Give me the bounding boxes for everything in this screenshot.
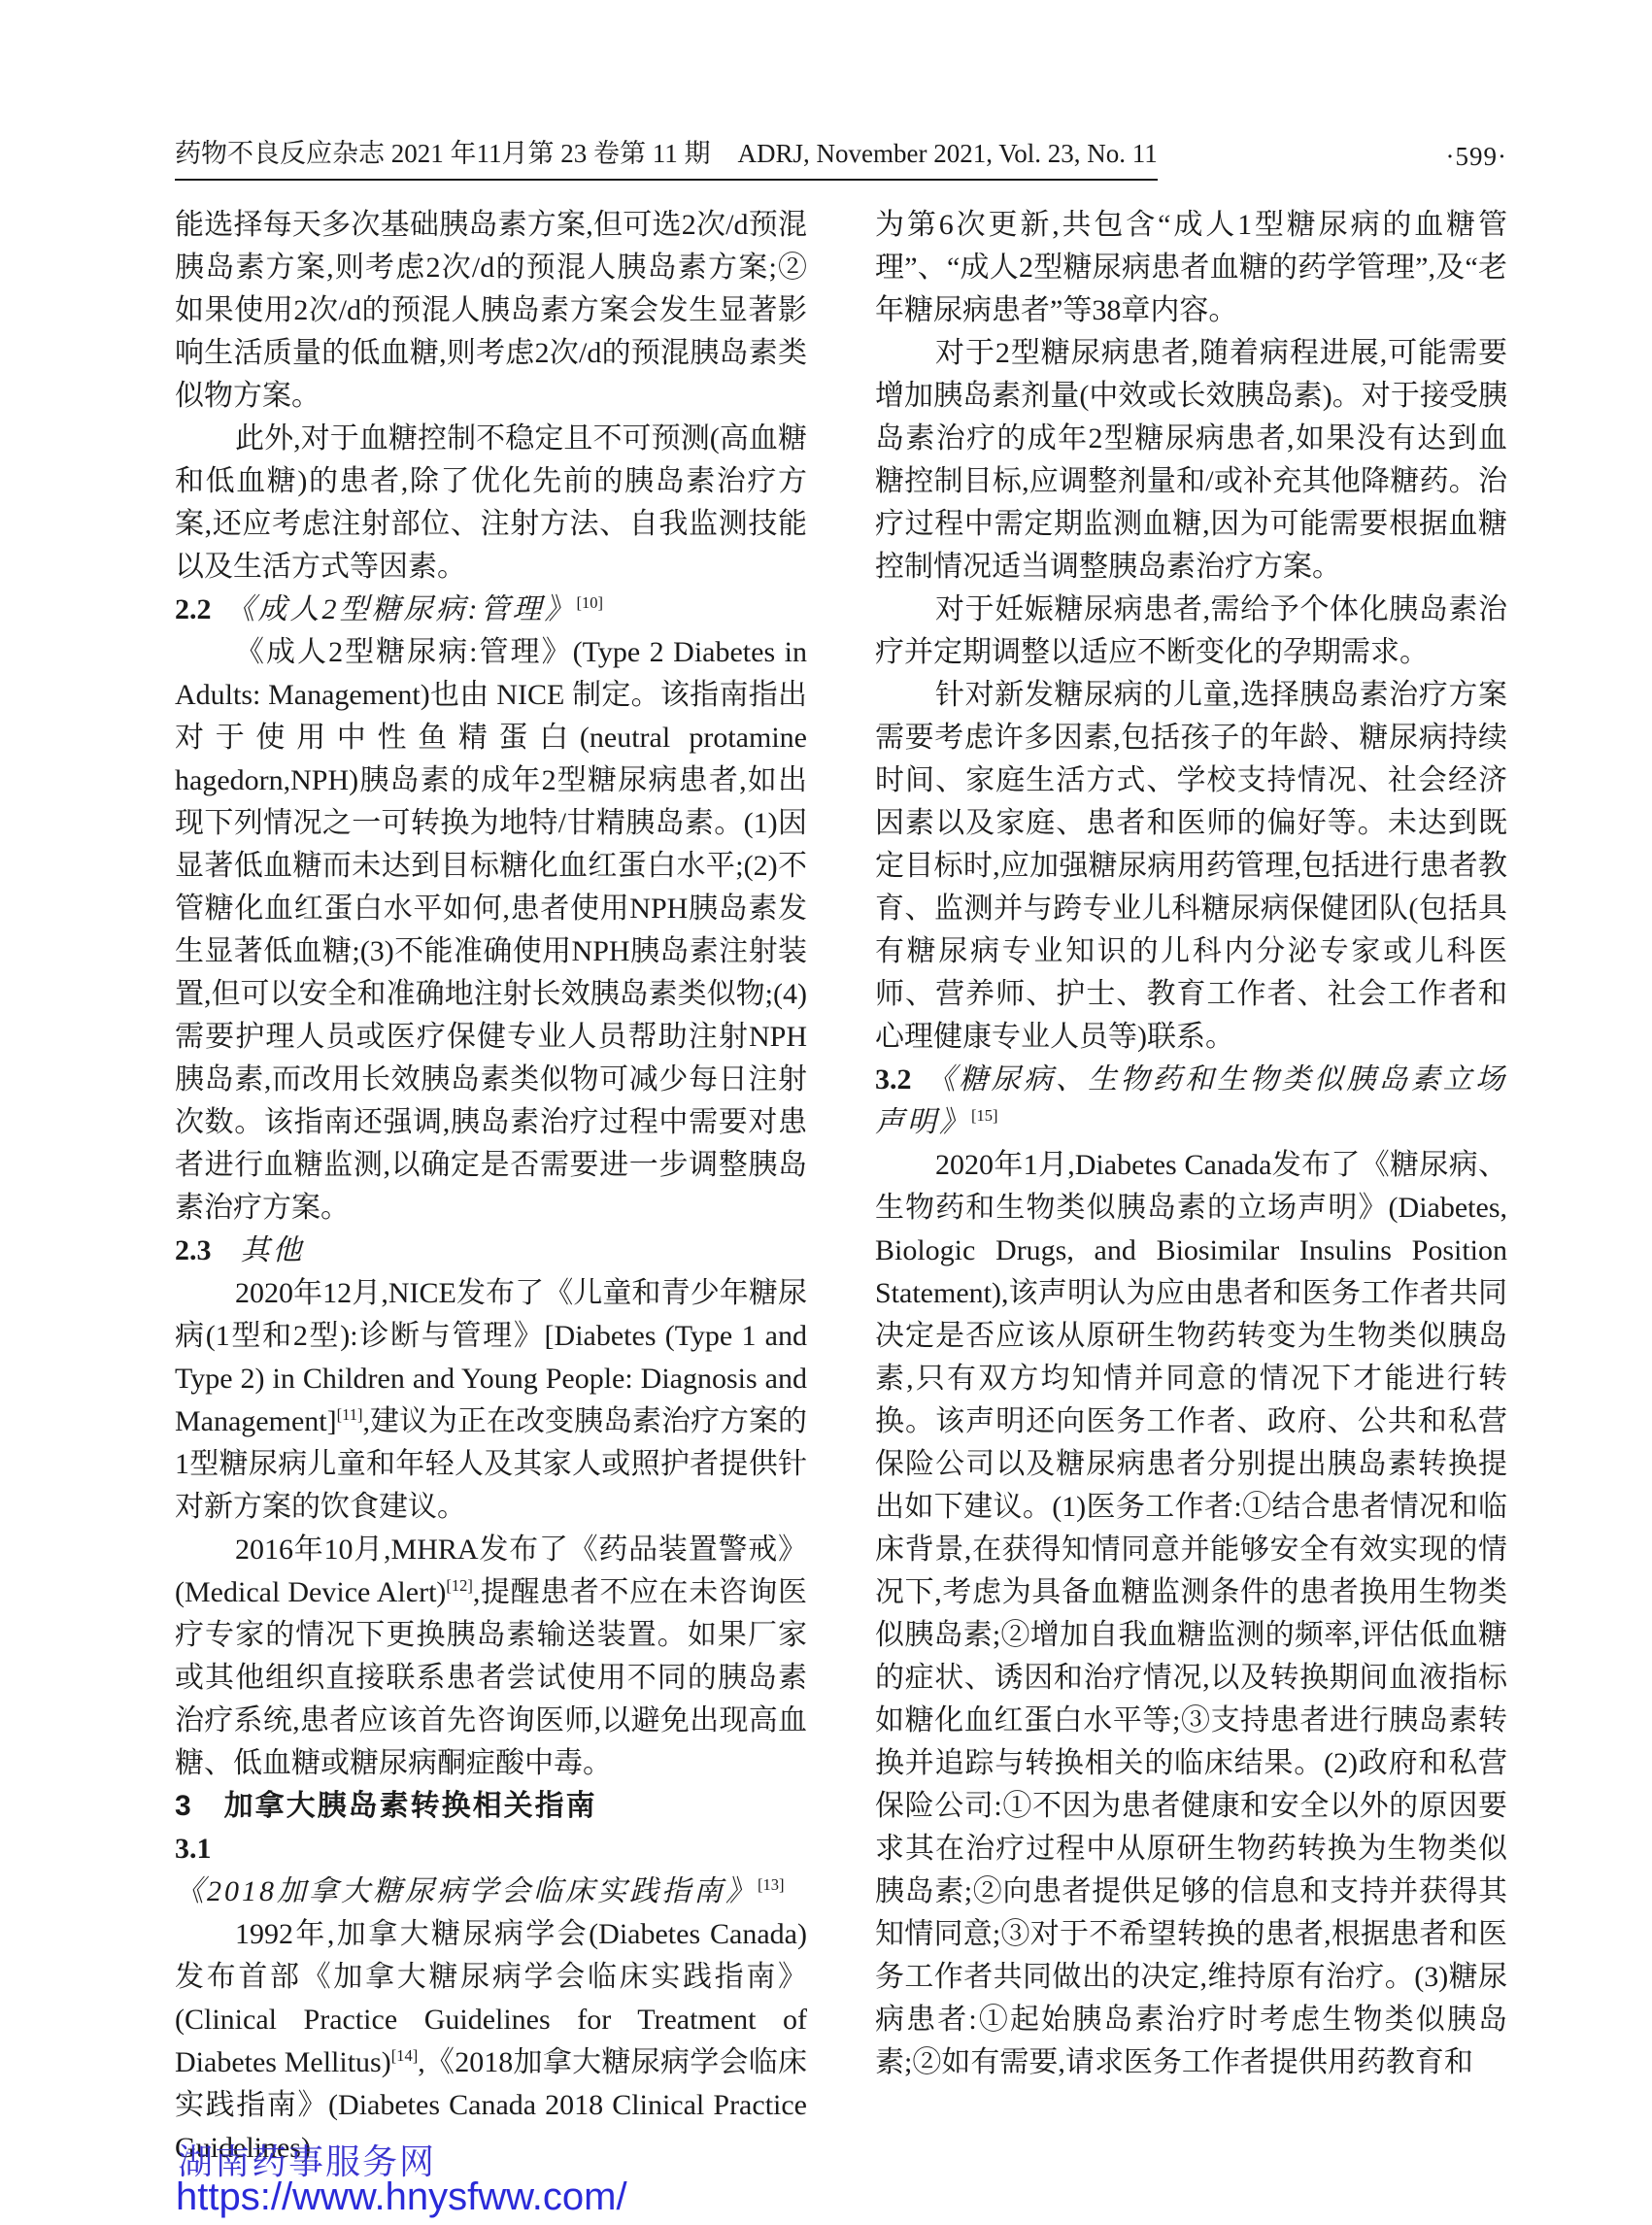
text-run: 此外,对于血糖控制不稳定且不可预测(高血糖和低血糖)的患者,除了优化先前的胰岛素… — [175, 422, 807, 583]
text-run: 2020年1月,Diabetes Canada发布了《糖尿病、生物药和生物类似胰… — [875, 1149, 1507, 2078]
paragraph: 针对新发糖尿病的儿童,选择胰岛素治疗方案需要考虑许多因素,包括孩子的年龄、糖尿病… — [875, 674, 1507, 1059]
section-heading: 3 加拿大胰岛素转换相关指南 — [175, 1785, 807, 1828]
journal-title-zh: 药物不良反应杂志 2021 年11月第 23 卷第 11 期 — [175, 139, 711, 168]
paragraph: 《成人2型糖尿病:管理》(Type 2 Diabetes in Adults: … — [175, 631, 807, 1230]
reference-superscript: [10] — [577, 593, 604, 612]
paragraph: 对于妊娠糖尿病患者,需给予个体化胰岛素治疗并定期调整以适应不断变化的孕期需求。 — [875, 589, 1507, 674]
paragraph: 2016年10月,MHRA发布了《药品装置警戒》(Medical Device … — [175, 1529, 807, 1785]
text-run: 对于2型糖尿病患者,随着病程进展,可能需要增加胰岛素剂量(中效或长效胰岛素)。对… — [875, 337, 1507, 583]
text-run: 《2018加拿大糖尿病学会临床实践指南》 — [175, 1875, 758, 1907]
watermark-site-url[interactable]: https://www.hnysfww.com/ — [176, 2175, 627, 2219]
text-run: 其他 — [241, 1234, 305, 1266]
reference-superscript: [13] — [758, 1875, 785, 1894]
section-heading: 3.2 《糖尿病、生物药和生物类似胰岛素立场声明》[15] — [875, 1059, 1507, 1144]
paragraph: 对于2型糖尿病患者,随着病程进展,可能需要增加胰岛素剂量(中效或长效胰岛素)。对… — [875, 332, 1507, 589]
text-run: 对于妊娠糖尿病患者,需给予个体化胰岛素治疗并定期调整以适应不断变化的孕期需求。 — [875, 593, 1507, 668]
text-run: 为第6次更新,共包含“成人1型糖尿病的血糖管理”、“成人2型糖尿病患者血糖的药学… — [875, 209, 1507, 326]
text-run — [212, 1833, 241, 1865]
journal-title-en: ADRJ, November 2021, Vol. 23, No. 11 — [738, 139, 1158, 168]
text-run — [212, 1234, 241, 1266]
text-run: 2.2 — [175, 593, 212, 625]
section-heading: 3.1 《2018加拿大糖尿病学会临床实践指南》[13] — [175, 1828, 807, 1913]
reference-superscript: [14] — [391, 2046, 419, 2065]
text-run — [212, 593, 241, 625]
journal-header-line: 药物不良反应杂志 2021 年11月第 23 卷第 11 期ADRJ, Nove… — [175, 132, 1158, 181]
paragraph: 为第6次更新,共包含“成人1型糖尿病的血糖管理”、“成人2型糖尿病患者血糖的药学… — [875, 204, 1507, 332]
text-run: 3 加拿大胰岛素转换相关指南 — [175, 1790, 597, 1822]
column-left: 能选择每天多次基础胰岛素方案,但可选2次/d预混胰岛素方案,则考虑2次/d的预混… — [175, 204, 807, 2170]
paragraph: 此外,对于血糖控制不稳定且不可预测(高血糖和低血糖)的患者,除了优化先前的胰岛素… — [175, 418, 807, 589]
section-heading: 2.2 《成人2型糖尿病:管理》[10] — [175, 589, 807, 631]
text-run: 针对新发糖尿病的儿童,选择胰岛素治疗方案需要考虑许多因素,包括孩子的年龄、糖尿病… — [875, 679, 1507, 1053]
text-run: 《成人2型糖尿病:管理》 — [241, 593, 577, 625]
text-run: 《成人2型糖尿病:管理》(Type 2 Diabetes in Adults: … — [175, 636, 807, 1224]
reference-superscript: [15] — [971, 1106, 998, 1125]
text-run: 3.2 — [875, 1063, 912, 1096]
paragraph: 2020年12月,NICE发布了《儿童和青少年糖尿病(1型和2型):诊断与管理》… — [175, 1272, 807, 1529]
column-right: 为第6次更新,共包含“成人1型糖尿病的血糖管理”、“成人2型糖尿病患者血糖的药学… — [875, 204, 1507, 2170]
text-run: 《糖尿病、生物药和生物类似胰岛素立场声明》 — [875, 1063, 1507, 1138]
text-run: 能选择每天多次基础胰岛素方案,但可选2次/d预混胰岛素方案,则考虑2次/d的预混… — [175, 209, 807, 412]
section-heading: 2.3 其他 — [175, 1230, 807, 1272]
text-run: 2.3 — [175, 1234, 212, 1266]
text-run — [912, 1063, 941, 1096]
reference-superscript: [11] — [337, 1405, 363, 1424]
paragraph: 2020年1月,Diabetes Canada发布了《糖尿病、生物药和生物类似胰… — [875, 1144, 1507, 2084]
page-number: ·599· — [1446, 142, 1507, 181]
page-header: 药物不良反应杂志 2021 年11月第 23 卷第 11 期ADRJ, Nove… — [175, 132, 1507, 181]
reference-superscript: [12] — [446, 1576, 473, 1595]
paragraph: 1992年,加拿大糖尿病学会(Diabetes Canada)发布首部《加拿大糖… — [175, 1913, 807, 2170]
paragraph: 能选择每天多次基础胰岛素方案,但可选2次/d预混胰岛素方案,则考虑2次/d的预混… — [175, 204, 807, 418]
text-run: 3.1 — [175, 1833, 212, 1865]
journal-page: 药物不良反应杂志 2021 年11月第 23 卷第 11 期ADRJ, Nove… — [0, 0, 1652, 2225]
article-body: 能选择每天多次基础胰岛素方案,但可选2次/d预混胰岛素方案,则考虑2次/d的预混… — [175, 204, 1507, 2170]
